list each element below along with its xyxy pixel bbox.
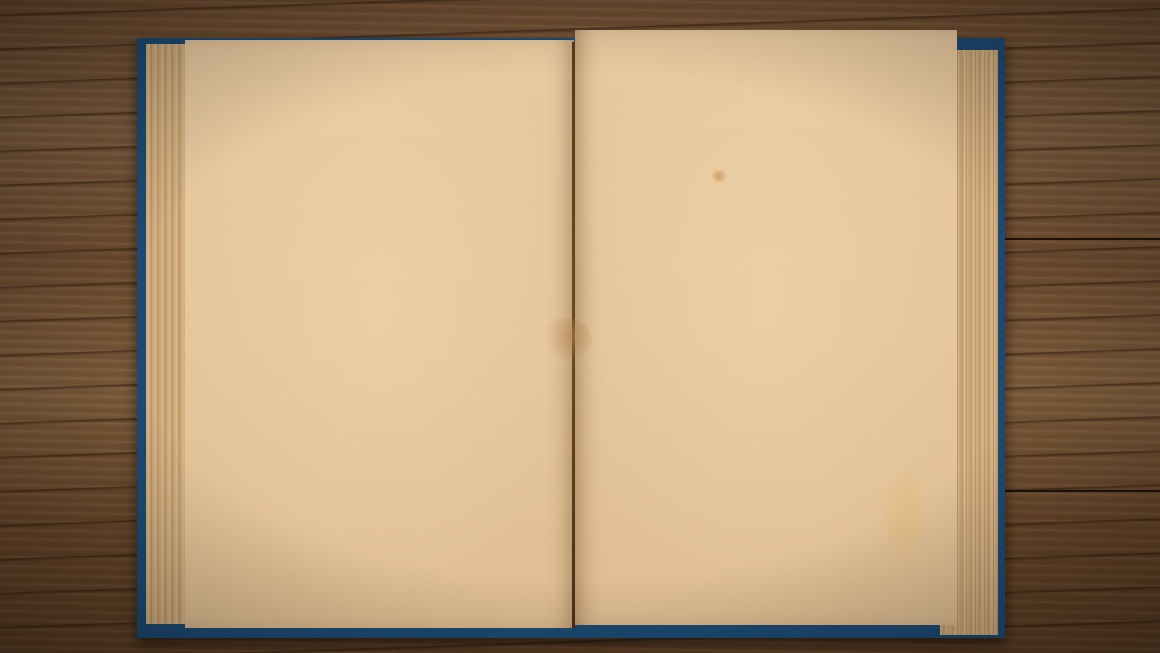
foxing-stain — [712, 170, 726, 182]
page-tear-mark — [540, 318, 592, 358]
plank-seam — [1005, 490, 1160, 492]
left-page — [185, 40, 574, 628]
wooden-table-background — [0, 0, 1160, 653]
plank-seam — [1005, 238, 1160, 240]
left-page-edges — [146, 44, 190, 624]
water-stain — [885, 470, 925, 560]
